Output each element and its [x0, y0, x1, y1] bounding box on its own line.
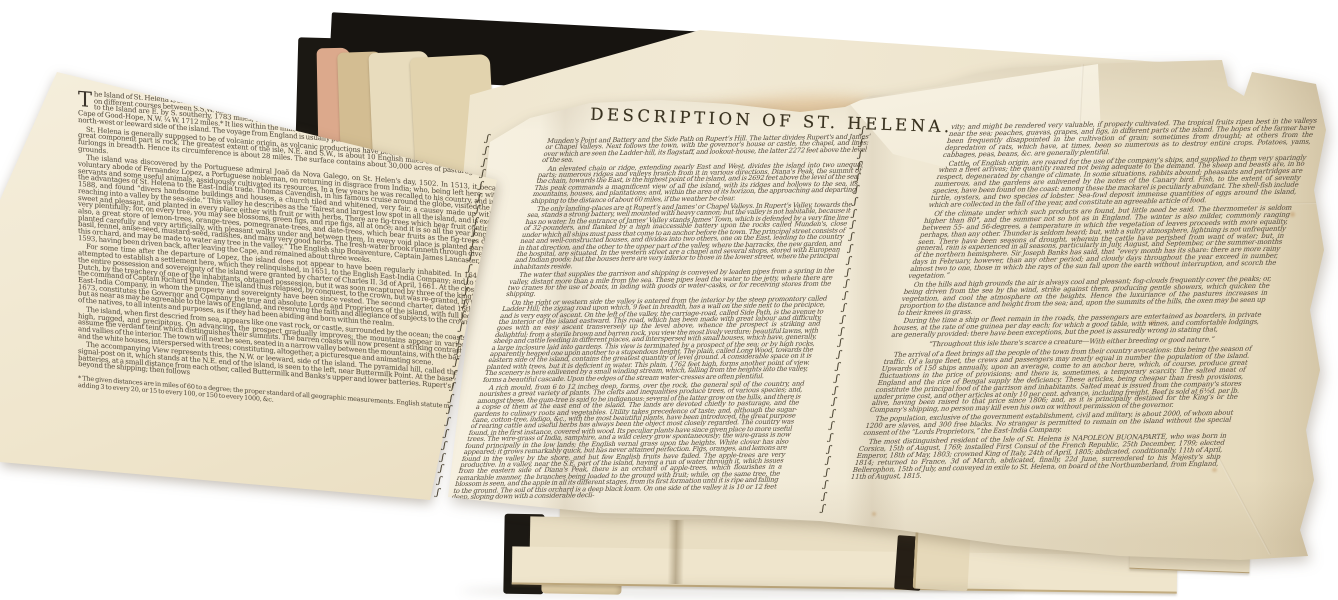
photo-of-open-book: DESCRIPTION OF ST. HELENA. Munden's Poin…: [0, 0, 1338, 600]
paragraph: The arrival of a fleet brings all the pe…: [869, 346, 1253, 415]
paragraph: vity; and might be rendered very valuabl…: [942, 118, 1318, 159]
right-text-column: vity; and might be rendered very valuabl…: [849, 118, 1318, 483]
paragraph: On the hills and high grounds the air is…: [897, 276, 1273, 317]
paragraph: The most distinguished resident of the I…: [850, 433, 1228, 481]
paragraph: Cattle, of English origin, are reared fo…: [928, 154, 1308, 209]
foxing-spot: [872, 512, 876, 516]
left-page-wrapper: The Island of St. Helena is situate in t…: [0, 0, 700, 600]
paragraph: Of the climate under which such products…: [907, 205, 1293, 280]
foxing-spot: [1290, 212, 1295, 217]
left-page: The Island of St. Helena is situate in t…: [0, 0, 700, 600]
